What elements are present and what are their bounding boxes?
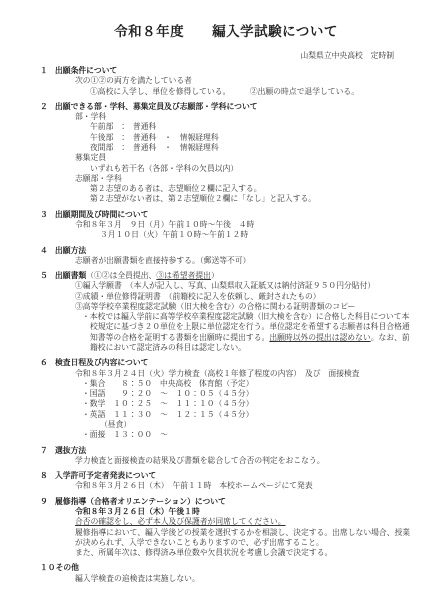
document-title: 令和８年度 編入学試験について (40, 20, 412, 40)
section-heading: ６検査日程及び内容について (40, 358, 412, 368)
section-title: 出願書類（①②は全員提出、③は希望者提出） (55, 271, 412, 281)
text-segment: ・数学 １０：２５ ～ １１：１０（４５分） (82, 399, 254, 408)
text-segment: 出願方法 (55, 246, 86, 255)
doc-line: 夜間部 ： 普通科 ・ 情報経理科 (90, 143, 412, 153)
section-number: ２ (40, 102, 55, 112)
doc-line: （昼食） (100, 420, 412, 430)
text-segment: ③高等学校卒業程度認定試験（旧大検を含む）の合格に関わる証明書類のコピー (75, 302, 355, 311)
doc-line: 次の①②の両方を満たしている者 (75, 76, 412, 86)
text-segment: ②成績・単位修得証明書 （前籍校に記入を依頼し、厳封されたもの） (75, 292, 321, 301)
section: １０その他編入学検査の追検査は実施しない。 (40, 563, 412, 584)
text-segment: 部・学科 (75, 112, 106, 121)
text-segment: ・集合 ８：５０ 中央高校 体育館（予定） (82, 379, 254, 388)
text-segment: 令和８年３月２６日（木） 午前１１時 本校ホームページにて発表 (75, 481, 313, 490)
doc-line: 部・学科 (75, 112, 412, 122)
text-segment: ①編入学願書 （本人が記入し、写真、山梨県収入証紙又は納付済証９５０円分貼付） (75, 281, 375, 290)
doc-line: ・本校では編入学前に高等学校卒業程度認定試験（旧大検を含む）に合格した科目につい… (82, 312, 412, 353)
doc-line: ②成績・単位修得証明書 （前籍校に記入を依頼し、厳封されたもの） (75, 292, 412, 302)
section-heading: ５出願書類（①②は全員提出、③は希望者提出） (40, 271, 412, 281)
doc-line: ・集合 ８：５０ 中央高校 体育館（予定） (82, 379, 412, 389)
section-number: ５ (40, 271, 55, 281)
text-segment: 令和８年３月２４日（火）学力検査（高校１年修了程度の内容） 及び 面接検査 (75, 369, 360, 378)
section: ６検査日程及び内容について令和８年３月２４日（火）学力検査（高校１年修了程度の内… (40, 358, 412, 440)
doc-line: 令和８年３月２６日（木） 午前１１時 本校ホームページにて発表 (75, 481, 412, 491)
text-segment: 午前部 ： 普通科 (90, 122, 156, 131)
text-segment: 出願条件について (55, 66, 117, 75)
text-segment: 出願時以外の提出は認めない (269, 333, 370, 342)
section-number: ４ (40, 246, 55, 256)
text-segment: 履修指導（合格者オリエンテーション）について (55, 497, 226, 506)
section: ７選抜方法学力検査と面接検査の結果及び書類を総合して合否の判定をおこなう。 (40, 446, 412, 467)
doc-line: 合否の確認をし、必ず本人及び保護者が同席してください。 (75, 517, 412, 527)
doc-line: 第２志望のある者は、志望順位２欄に記入する。 (90, 184, 412, 194)
section-number: ９ (40, 497, 55, 507)
section-heading: ３出願期間及び時間について (40, 210, 412, 220)
section-heading: ７選抜方法 (40, 446, 412, 456)
text-segment: 合否の確認をし、必ず本人及び保護者が同席してください。 (75, 517, 286, 526)
text-segment: 入学許可予定者発表について (55, 471, 156, 480)
text-segment: 出願期間及び時間について (55, 210, 148, 219)
section-title: その他 (56, 563, 412, 573)
text-segment: ①高校に入学し、単位を修得している。 ②出願の時点で退学している。 (90, 87, 359, 96)
section-title: 選抜方法 (55, 446, 412, 456)
section: ３出願期間及び時間について令和８年３月 ９日（月）午前１０時～午後 ４時３月１０… (40, 210, 412, 241)
text-segment: 選抜方法 (55, 446, 86, 455)
text-segment: 午後部 ： 普通科 ・ 情報経理科 (90, 133, 219, 142)
doc-line: 履修指導において、編入学後どの授業を選択するかを相談し、決定する。出席しない場合… (75, 528, 412, 549)
doc-line: また、所属年次は、修得済み単位数や欠員状況を考慮し会議で決定する。 (75, 548, 412, 558)
text-segment: 夜間部 ： 普通科 ・ 情報経理科 (90, 143, 219, 152)
section-title: 出願方法 (55, 246, 412, 256)
doc-line: ・国語 ９：２０ ～ １０：０５（４５分） (82, 389, 412, 399)
doc-line: ３月１０日（火）午前１０時～午前１２時 (100, 230, 412, 240)
text-segment: ） (211, 271, 219, 280)
section: ５出願書類（①②は全員提出、③は希望者提出）①編入学願書 （本人が記入し、写真、… (40, 271, 412, 353)
doc-line: いずれも若干名（各部・学科の欠員以内） (90, 164, 412, 174)
text-segment: 検査日程及び内容について (55, 358, 148, 367)
doc-line: 第２志望がない者は、第２志望順位２欄に「なし」と記入する。 (90, 194, 412, 204)
section-number: １ (40, 66, 55, 76)
section: ９履修指導（合格者オリエンテーション）について令和８年３月２６日（木）午後１時合… (40, 497, 412, 559)
section-number: ６ (40, 358, 55, 368)
text-segment: その他 (56, 563, 79, 572)
text-segment: 出願書類 (55, 271, 86, 280)
section-number: ３ (40, 210, 55, 220)
section-heading: ４出願方法 (40, 246, 412, 256)
doc-line: 募集定員 (75, 153, 412, 163)
document-page: 令和８年度 編入学試験について 山梨県立中央高校 定時制 １出願条件について次の… (0, 0, 424, 600)
section-heading: ２出願できる部・学科、募集定員及び志願部・学科について (40, 102, 412, 112)
section-heading: １出願条件について (40, 66, 412, 76)
section-title: 入学許可予定者発表について (55, 471, 412, 481)
section-title: 検査日程及び内容について (55, 358, 412, 368)
text-segment: （昼食） (100, 420, 131, 429)
text-segment: いずれも若干名（各部・学科の欠員以内） (90, 164, 238, 173)
text-segment: 令和８年３月２６日（木）午後１時 (75, 507, 200, 516)
doc-line: 学力検査と面接検査の結果及び書類を総合して合否の判定をおこなう。 (75, 456, 412, 466)
text-segment: 履修指導において、編入学後どの授業を選択するかを相談し、決定する。出席しない場合… (75, 528, 410, 547)
section: ４出願方法志願者が出願書類を直接持参する。（郵送等不可） (40, 246, 412, 267)
text-segment: ３月１０日（火）午前１０時～午前１２時 (100, 230, 248, 239)
document-body: １出願条件について次の①②の両方を満たしている者①高校に入学し、単位を修得してい… (40, 66, 412, 584)
section-title: 履修指導（合格者オリエンテーション）について (55, 497, 412, 507)
text-segment: ・英語 １１：３０ ～ １２：１５（４５分） (82, 410, 254, 419)
school-name: 山梨県立中央高校 定時制 (40, 50, 412, 61)
text-segment: 令和８年３月 ９日（月）午前１０時～午後 ４時 (75, 220, 254, 229)
section: ２出願できる部・学科、募集定員及び志願部・学科について部・学科午前部 ： 普通科… (40, 102, 412, 205)
text-segment: 学力検査と面接検査の結果及び書類を総合して合否の判定をおこなう。 (75, 456, 325, 465)
text-segment: ・国語 ９：２０ ～ １０：０５（４５分） (82, 389, 254, 398)
text-segment: 募集定員 (75, 153, 106, 162)
doc-line: 志願部・学科 (75, 174, 412, 184)
section-heading: ９履修指導（合格者オリエンテーション）について (40, 497, 412, 507)
doc-line: ①編入学願書 （本人が記入し、写真、山梨県収入証紙又は納付済証９５０円分貼付） (75, 281, 412, 291)
doc-line: ・面接 １３：００ ～ (82, 430, 412, 440)
doc-line: 令和８年３月２６日（木）午後１時 (75, 507, 412, 517)
text-segment: 編入学検査の追検査は実施しない。 (75, 574, 200, 583)
text-segment: （①②は全員提出、 (86, 271, 156, 280)
doc-line: 令和８年３月 ９日（月）午前１０時～午後 ４時 (75, 220, 412, 230)
section-title: 出願期間及び時間について (55, 210, 412, 220)
text-segment: 次の①②の両方を満たしている者 (75, 76, 192, 85)
section-number: ７ (40, 446, 55, 456)
text-segment: 出願できる部・学科、募集定員及び志願部・学科について (55, 102, 258, 111)
text-segment: ③は希望者提出 (156, 271, 211, 280)
section-title: 出願条件について (55, 66, 412, 76)
text-segment: また、所属年次は、修得済み単位数や欠員状況を考慮し会議で決定する。 (75, 548, 332, 557)
text-segment: 志願者が出願書類を直接持参する。（郵送等不可） (75, 256, 250, 265)
doc-line: ①高校に入学し、単位を修得している。 ②出願の時点で退学している。 (90, 87, 412, 97)
doc-line: 編入学検査の追検査は実施しない。 (75, 574, 412, 584)
section-heading: ８入学許可予定者発表について (40, 471, 412, 481)
section: ８入学許可予定者発表について令和８年３月２６日（木） 午前１１時 本校ホームペー… (40, 471, 412, 492)
text-segment: ・面接 １３：００ ～ (82, 430, 168, 439)
section-number: １０ (40, 563, 56, 573)
doc-line: ③高等学校卒業程度認定試験（旧大検を含む）の合格に関わる証明書類のコピー (75, 302, 412, 312)
text-segment: 第２志望のある者は、志望順位２欄に記入する。 (90, 184, 262, 193)
doc-line: 志願者が出願書類を直接持参する。（郵送等不可） (75, 256, 412, 266)
doc-line: 午前部 ： 普通科 (90, 122, 412, 132)
doc-line: 令和８年３月２４日（火）学力検査（高校１年修了程度の内容） 及び 面接検査 (75, 369, 412, 379)
section-number: ８ (40, 471, 55, 481)
doc-line: ・数学 １０：２５ ～ １１：１０（４５分） (82, 399, 412, 409)
doc-line: ・英語 １１：３０ ～ １２：１５（４５分） (82, 410, 412, 420)
doc-line: 午後部 ： 普通科 ・ 情報経理科 (90, 133, 412, 143)
section-heading: １０その他 (40, 563, 412, 573)
text-segment: 志願部・学科 (75, 174, 122, 183)
section-title: 出願できる部・学科、募集定員及び志願部・学科について (55, 102, 412, 112)
section: １出願条件について次の①②の両方を満たしている者①高校に入学し、単位を修得してい… (40, 66, 412, 97)
text-segment: 第２志望がない者は、第２志望順位２欄に「なし」と記入する。 (90, 194, 316, 203)
